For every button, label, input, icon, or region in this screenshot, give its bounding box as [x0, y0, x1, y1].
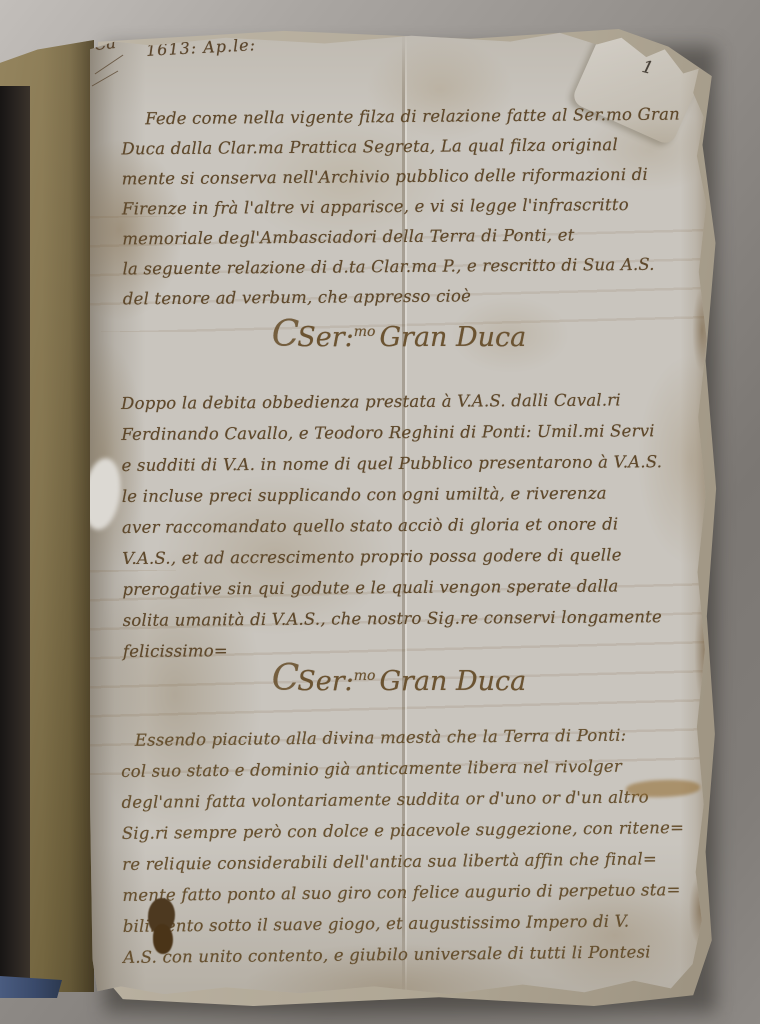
heading-rest: Gran Duca [379, 666, 526, 697]
heading-sermo-gran-duca: CSer:moGran Duca [90, 314, 708, 355]
text-line: del tenore ad verbum, che appresso cioè [123, 280, 679, 315]
text-line: memoriale degl'Ambasciadori della Terra … [122, 220, 678, 255]
heading-sermo-gran-duca: CSer:moGran Duca [90, 658, 708, 699]
text-line: e sudditi di V.A. in nome di quel Pubbli… [121, 446, 677, 481]
text-line: solita umanità di V.A.S., che nostro Sig… [123, 601, 679, 636]
paragraph-preamble: Fede come nella vigente filza di relazio… [121, 100, 679, 315]
text-line: Firenze in frà l'altre vi apparisce, e v… [122, 190, 678, 225]
manuscript-page: Ca 1613: Ap.le: 1 Fede come nella vigent… [90, 30, 708, 998]
heading-rest: Gran Duca [379, 322, 526, 353]
calligraphic-flourish: C [272, 658, 300, 699]
text-line: aver raccomandato quello stato acciò di … [122, 508, 678, 543]
text-line: V.A.S., et ad accrescimento proprio poss… [122, 539, 678, 574]
text-line: Fede come nella vigente filza di relazio… [121, 100, 677, 135]
text-line: mente si conserva nell'Archivio pubblico… [122, 160, 678, 195]
heading-superscript: mo [354, 324, 376, 340]
paragraph-relazione: Essendo piaciuto alla divina maestà che … [121, 719, 680, 973]
book-board-edge [0, 86, 30, 988]
heading-superscript: mo [354, 668, 376, 684]
calligraphic-flourish: C [272, 314, 300, 355]
manuscript-photograph: Ca 1613: Ap.le: 1 Fede come nella vigent… [0, 0, 760, 1024]
heading-word: Ser: [297, 322, 353, 353]
heading-word: Ser: [297, 666, 353, 697]
paragraph-memorial: Doppo la debita obbedienza prestata à V.… [121, 384, 679, 667]
text-line: Doppo la debita obbedienza prestata à V.… [121, 384, 677, 419]
text-line: prerogative sin qui godute e le quali ve… [122, 570, 678, 605]
text-line: le incluse preci supplicando con ogni um… [122, 477, 678, 512]
text-line: Ferdinando Cavallo, e Teodoro Reghini di… [121, 415, 677, 450]
text-line: Duca dalla Clar.ma Prattica Segreta, La … [121, 130, 677, 165]
text-line: A.S. con unito contento, e giubilo unive… [123, 936, 679, 973]
text-line: la seguente relazione di d.ta Clar.ma P.… [122, 250, 678, 285]
